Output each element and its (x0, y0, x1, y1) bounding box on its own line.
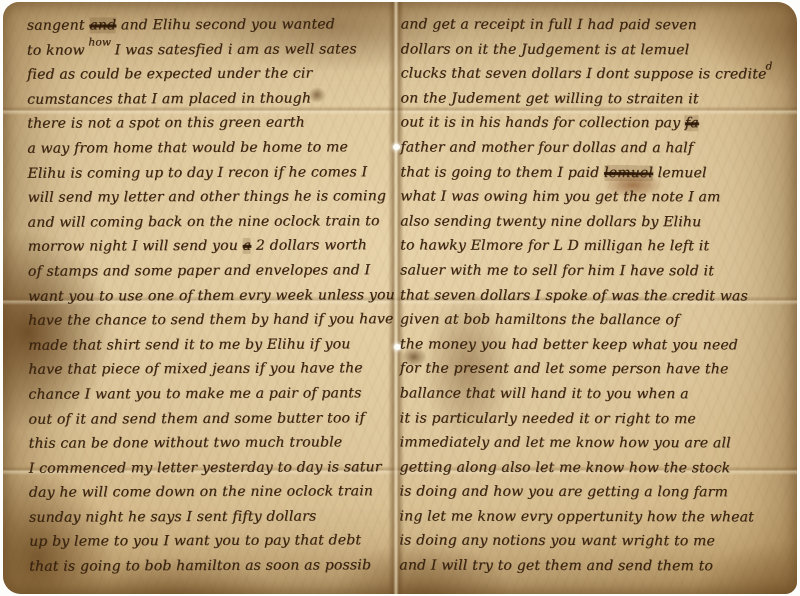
letter-line: immediately and let me know how you are … (400, 431, 774, 457)
letter-line: day he will come down on the nine oclock… (29, 479, 389, 505)
letter-line: and will coming back on the nine oclock … (28, 209, 388, 235)
letter-line: made that shirt send it to me by Elihu i… (28, 332, 388, 358)
letter-line: given at bob hamiltons the ballance of (400, 308, 774, 334)
letter-line: up by leme to you I want you to pay that… (29, 529, 389, 555)
letter-line: sangent and and Elihu second you wanted (27, 12, 387, 38)
letter-line: want you to use one of them evry week un… (28, 283, 388, 309)
letter-line: what I was owing him you get the note I … (400, 185, 774, 211)
letter-page-right: and get a receipt in full I had paid sev… (399, 13, 775, 588)
letter-line: a way from home that would be home to me (27, 135, 387, 161)
letter-line: clucks that seven dollars I dont suppose… (401, 62, 775, 88)
letter-line: have the chance to send them by hand if … (28, 307, 388, 333)
letter-line: also sending twenty nine dollars by Elih… (400, 209, 774, 235)
letter-line: morrow night I will send you a 2 dollars… (28, 234, 388, 260)
letter-line: getting along also let me know how the s… (400, 455, 774, 481)
letter-line: chance I want you to make me a pair of p… (28, 381, 388, 407)
letter-line: of stamps and some paper and envelopes a… (28, 258, 388, 284)
letter-line: there is not a spot on this green earth (27, 111, 387, 137)
letter-line: is doing any notions you want wright to … (399, 529, 773, 555)
letter-scan-background: sangent and and Elihu second you wantedt… (0, 0, 800, 596)
letter-line: and get a receipt in full I had paid sev… (401, 13, 775, 39)
letter-line: out of it and send them and some butter … (28, 406, 388, 432)
letter-line: sunday night he says I sent fifty dollar… (29, 504, 389, 530)
letter-line: will send my letter and other things he … (28, 184, 388, 210)
letter-line: dollars on it the Judgement is at lemuel (401, 37, 775, 63)
letter-line: the money you had better keep what you n… (400, 332, 774, 358)
letter-line: out it is in his hands for collection pa… (400, 111, 774, 137)
letter-line: I commenced my letter yesterday to day i… (29, 455, 389, 481)
letter-line: ballance that will hand it to you when a (400, 381, 774, 407)
letter-line: that seven dollars I spoke of was the cr… (400, 283, 774, 309)
letter-line: on the Judement get willing to straiten … (400, 86, 774, 112)
letter-line: fied as could be expected under the cir (27, 61, 387, 87)
letter-line: that is going to them I paid lemuel lemu… (400, 160, 774, 186)
letter-line: is doing and how you are getting a long … (399, 480, 773, 506)
letter-line: father and mother four dollas and a half (400, 135, 774, 161)
letter-paper: sangent and and Elihu second you wantedt… (3, 2, 797, 594)
letter-page-left: sangent and and Elihu second you wantedt… (27, 12, 390, 588)
letter-line: have that piece of mixed jeans if you ha… (28, 357, 388, 383)
letter-line: to know how I was satesfied i am as well… (27, 37, 387, 63)
letter-line: this can be done without two much troubl… (29, 430, 389, 456)
fold-hole (393, 144, 400, 150)
letter-line: ing let me know evry oppertunity how the… (399, 504, 773, 530)
letter-line: it is particularly needed it or right to… (400, 406, 774, 432)
letter-line: for the present and let some person have… (400, 357, 774, 383)
letter-line: to hawky Elmore for L D milligan he left… (400, 234, 774, 260)
letter-line: that is going to bob hamilton as soon as… (29, 553, 389, 579)
letter-line: Elihu is coming up to day I recon if he … (27, 160, 387, 186)
letter-line: cumstances that I am placed in though (27, 86, 387, 112)
letter-line: and I will try to get them and send them… (399, 554, 773, 580)
letter-line: saluer with me to sell for him I have so… (400, 258, 774, 284)
